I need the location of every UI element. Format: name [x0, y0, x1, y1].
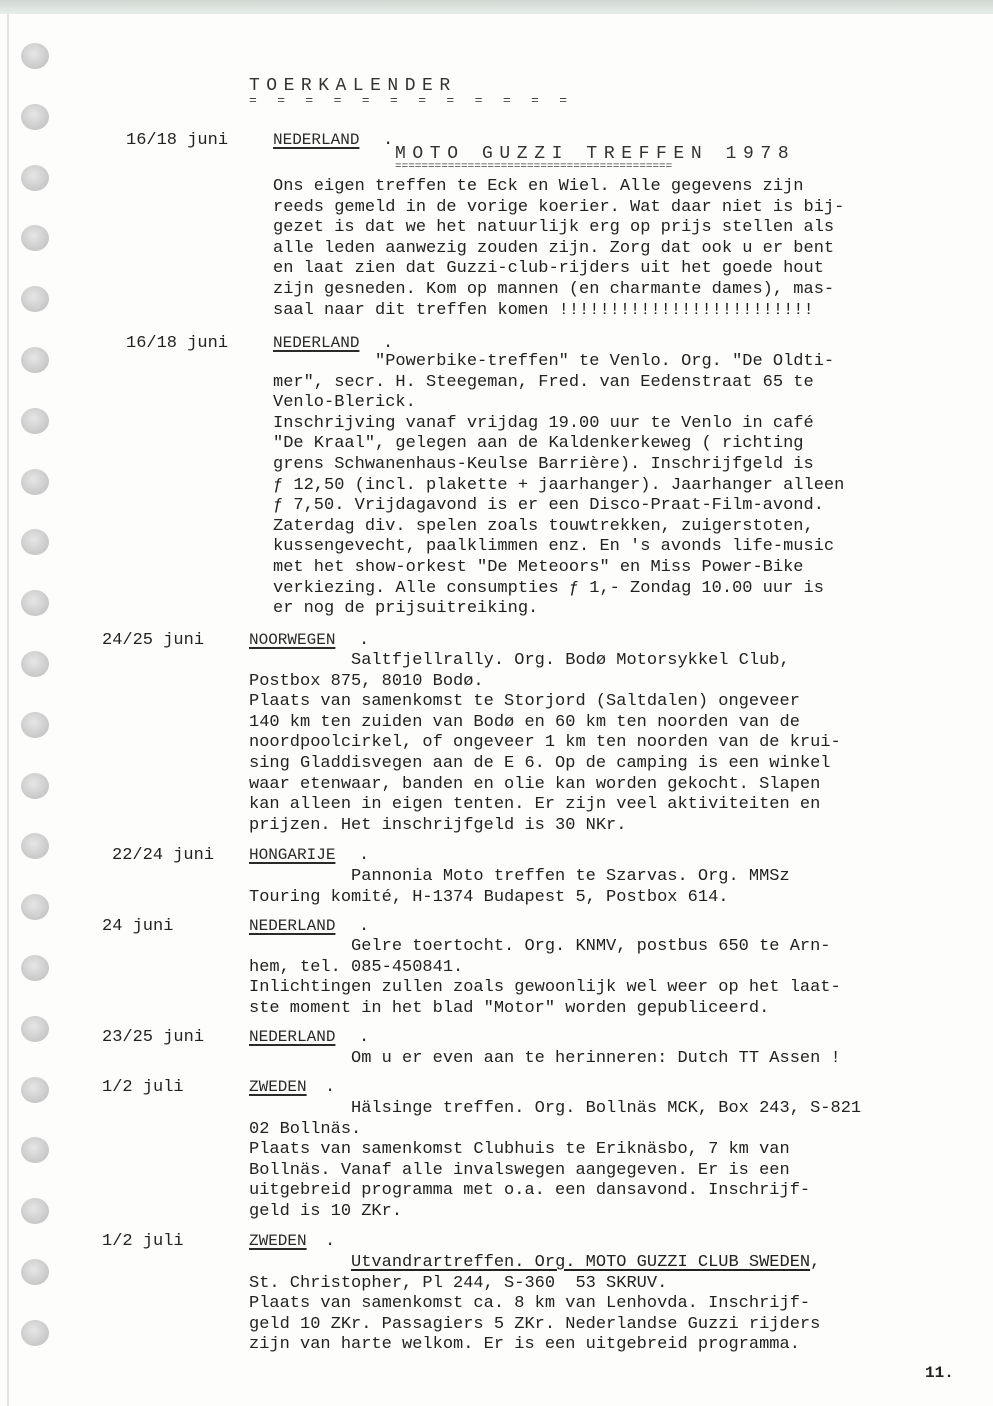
- body-line: 140 km ten zuiden van Bodø en 60 km ten …: [249, 713, 841, 734]
- body-line: reeds gemeld in de vorige koerier. Wat d…: [273, 198, 844, 219]
- entry-date: 23/25 juni: [102, 1028, 204, 1047]
- country-period: .: [359, 631, 369, 650]
- body-line: waar etenwaar, banden en olie kan worden…: [249, 775, 841, 796]
- binder-hole: [21, 104, 49, 130]
- scan-top-edge: [0, 0, 993, 14]
- entry-date: 24 juni: [102, 917, 173, 936]
- body-line: Plaats van samenkomst te Storjord (Saltd…: [249, 692, 841, 713]
- binder-hole: [21, 894, 49, 920]
- binder-hole: [21, 529, 49, 555]
- body-line: ste moment in het blad "Motor" worden ge…: [249, 999, 841, 1020]
- body-line: prijzen. Het inschrijfgeld is 30 NKr.: [249, 816, 841, 837]
- country-period: .: [383, 334, 393, 353]
- body-line: zijn van harte welkom. Er is een uitgebr…: [249, 1335, 820, 1356]
- body-line: Saltfjellrally. Org. Bodø Motorsykkel Cl…: [249, 651, 841, 672]
- country-period: .: [359, 917, 369, 936]
- entry-body: Ons eigen treffen te Eck en Wiel. Alle g…: [273, 177, 844, 321]
- body-line: "Powerbike-treffen" te Venlo. Org. "De O…: [273, 352, 844, 373]
- entry-country: ZWEDEN: [249, 1232, 307, 1250]
- country-period: .: [359, 1028, 369, 1047]
- body-line: kussengevecht, paalklimmen enz. En 's av…: [273, 537, 844, 558]
- entry-heading-underline: ========================================…: [395, 163, 672, 172]
- binder-hole: [21, 1259, 49, 1285]
- body-line: met het show-orkest "De Meteoors" en Mis…: [273, 558, 844, 579]
- body-line: Zaterdag div. spelen zoals touwtrekken, …: [273, 517, 844, 538]
- binder-hole: [21, 712, 49, 738]
- entry-body: Pannonia Moto treffen te Szarvas. Org. M…: [249, 867, 790, 908]
- body-line: Postbox 875, 8010 Bodø.: [249, 672, 841, 693]
- body-line: Bollnäs. Vanaf alle invalswegen aangegev…: [249, 1161, 861, 1182]
- body-line: Plaats van samenkomst ca. 8 km van Lenho…: [249, 1294, 820, 1315]
- page-margin-line: [7, 14, 9, 1406]
- binder-hole: [21, 773, 49, 799]
- binder-hole: [21, 1016, 49, 1042]
- entry-body: Om u er even aan te herinneren: Dutch TT…: [249, 1049, 841, 1070]
- body-line: Venlo-Blerick.: [273, 393, 844, 414]
- binder-hole: [21, 469, 49, 495]
- body-line: uitgebreid programma met o.a. een dansav…: [249, 1181, 861, 1202]
- country-period: .: [359, 846, 369, 865]
- entry-country: NOORWEGEN: [249, 631, 335, 649]
- entry-country: NEDERLAND: [249, 917, 335, 935]
- binder-hole: [21, 408, 49, 434]
- binder-hole: [21, 286, 49, 312]
- entry-body: "Powerbike-treffen" te Venlo. Org. "De O…: [273, 352, 844, 620]
- body-line: Ons eigen treffen te Eck en Wiel. Alle g…: [273, 177, 844, 198]
- body-line: en laat zien dat Guzzi-club-rijders uit …: [273, 259, 844, 280]
- binder-hole: [21, 1198, 49, 1224]
- body-line: geld 10 ZKr. Passagiers 5 ZKr. Nederland…: [249, 1315, 820, 1336]
- entry-country: ZWEDEN: [249, 1078, 307, 1096]
- entry-date: 24/25 juni: [102, 631, 204, 650]
- entry-body: Hälsinge treffen. Org. Bollnäs MCK, Box …: [249, 1099, 861, 1223]
- body-line: ƒ 7,50. Vrijdagavond is er een Disco-Pra…: [273, 496, 844, 517]
- binder-hole: [21, 43, 49, 69]
- entry-country: NEDERLAND: [273, 131, 359, 149]
- entry-date: 1/2 juli: [102, 1232, 184, 1251]
- binder-hole: [21, 651, 49, 677]
- country-period: .: [325, 1232, 335, 1251]
- entry-body: Saltfjellrally. Org. Bodø Motorsykkel Cl…: [249, 651, 841, 836]
- page-number: 11.: [925, 1364, 954, 1382]
- binder-hole: [21, 225, 49, 251]
- body-line: "De Kraal", gelegen aan de Kaldenkerkewe…: [273, 434, 844, 455]
- body-line: kan alleen in eigen tenten. Er zijn veel…: [249, 795, 841, 816]
- body-line: sing Gladdisvegen aan de E 6. Op de camp…: [249, 754, 841, 775]
- body-line: mer", secr. H. Steegeman, Fred. van Eede…: [273, 373, 844, 394]
- body-line: zijn gesneden. Kom op mannen (en charman…: [273, 280, 844, 301]
- body-line: geld is 10 ZKr.: [249, 1202, 861, 1223]
- entry-date: 1/2 juli: [102, 1078, 184, 1097]
- binder-hole: [21, 1320, 49, 1346]
- body-line: Pannonia Moto treffen te Szarvas. Org. M…: [249, 867, 790, 888]
- body-line: Plaats van samenkomst Clubhuis te Eriknä…: [249, 1140, 861, 1161]
- body-line: ƒ 12,50 (incl. plakette + jaarhanger). J…: [273, 476, 844, 497]
- binder-hole: [21, 955, 49, 981]
- body-line: Gelre toertocht. Org. KNMV, postbus 650 …: [249, 937, 841, 958]
- body-line: Touring komité, H-1374 Budapest 5, Postb…: [249, 888, 790, 909]
- page-title-underline: = = = = = = = = = = = =: [249, 96, 573, 106]
- body-line: saal naar dit treffen komen !!!!!!!!!!!!…: [273, 301, 844, 322]
- entry-date: 16/18 juni: [126, 131, 228, 150]
- entry-country: NEDERLAND: [249, 1028, 335, 1046]
- body-line: er nog de prijsuitreiking.: [273, 599, 844, 620]
- entry-body: Gelre toertocht. Org. KNMV, postbus 650 …: [249, 937, 841, 1019]
- entry-date: 16/18 juni: [126, 334, 228, 353]
- body-line: alle leden aanwezig zouden zijn. Zorg da…: [273, 239, 844, 260]
- entry-country: NEDERLAND: [273, 334, 359, 352]
- body-line: verkiezing. Alle consumpties ƒ 1,- Zonda…: [273, 579, 844, 600]
- body-line: Om u er even aan te herinneren: Dutch TT…: [249, 1049, 841, 1070]
- body-line: hem, tel. 085-450841.: [249, 958, 841, 979]
- body-line: 02 Bollnäs.: [249, 1120, 861, 1141]
- body-line: Hälsinge treffen. Org. Bollnäs MCK, Box …: [249, 1099, 861, 1120]
- binder-hole: [21, 590, 49, 616]
- binder-hole: [21, 347, 49, 373]
- country-period: .: [383, 131, 393, 150]
- binder-hole: [21, 165, 49, 191]
- entry-date: 22/24 juni: [112, 846, 214, 865]
- binder-hole: [21, 1077, 49, 1103]
- body-line: St. Christopher, Pl 244, S-360 53 SKRUV.: [249, 1274, 820, 1295]
- entry-country: HONGARIJE: [249, 846, 335, 864]
- body-line: noordpoolcirkel, of ongeveer 1 km ten no…: [249, 733, 841, 754]
- body-line: grens Schwanenhaus-Keulse Barrière). Ins…: [273, 455, 844, 476]
- body-line: gezet is dat we het natuurlijk erg op pr…: [273, 218, 844, 239]
- binder-hole: [21, 1137, 49, 1163]
- body-line: Utvandrartreffen. Org. MOTO GUZZI CLUB S…: [249, 1253, 820, 1274]
- body-line: Inschrijving vanaf vrijdag 19.00 uur te …: [273, 414, 844, 435]
- entry-body: Utvandrartreffen. Org. MOTO GUZZI CLUB S…: [249, 1253, 820, 1356]
- country-period: .: [325, 1078, 335, 1097]
- body-line: Inlichtingen zullen zoals gewoonlijk wel…: [249, 978, 841, 999]
- binder-hole: [21, 833, 49, 859]
